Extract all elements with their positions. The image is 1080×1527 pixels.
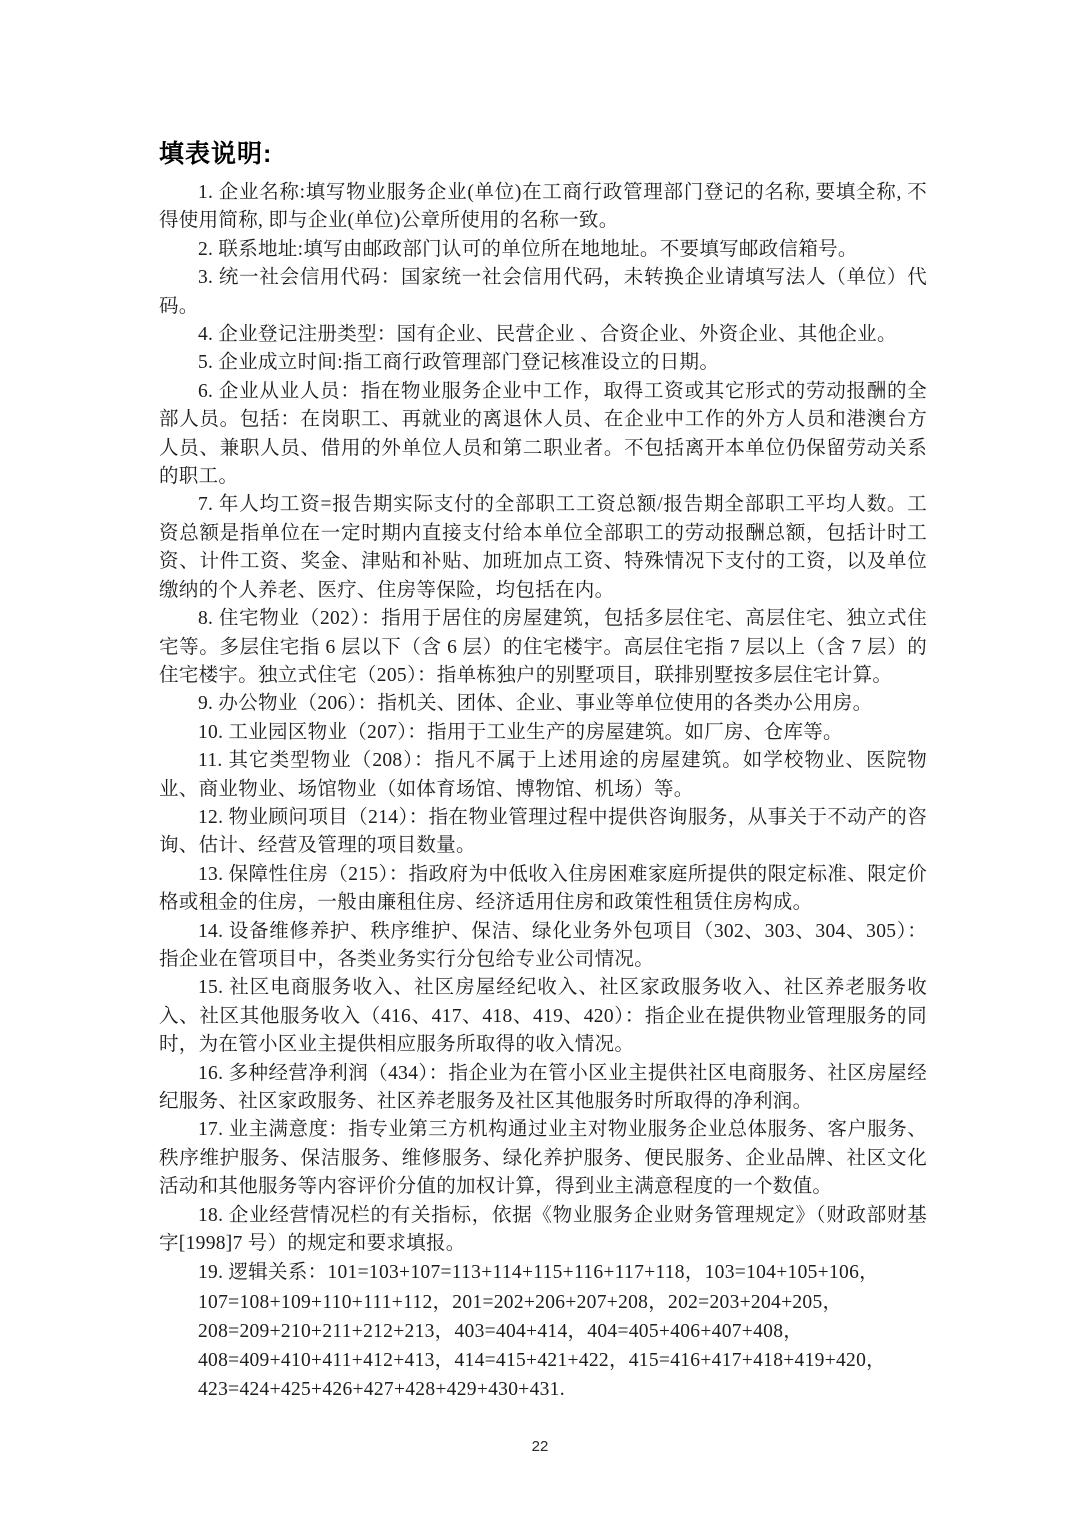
instruction-paragraph-6: 6. 企业从业人员：指在物业服务企业中工作，取得工资或其它形式的劳动报酬的全部人… xyxy=(159,378,927,492)
logic-relations-block: 19. 逻辑关系：101=103+107=113+114+115+116+117… xyxy=(159,1258,927,1404)
instruction-paragraph-17: 17. 业主满意度：指专业第三方机构通过业主对物业服务企业总体服务、客户服务、秩… xyxy=(159,1116,927,1201)
page-number: 22 xyxy=(0,1438,1080,1455)
instruction-paragraph-9: 9. 办公物业（206）：指机关、团体、企业、事业等单位使用的各类办公用房。 xyxy=(159,690,927,718)
instruction-paragraph-4: 4. 企业登记注册类型：国有企业、民营企业 、合资企业、外资企业、其他企业。 xyxy=(159,321,927,349)
document-page: 填表说明: 1. 企业名称:填写物业服务企业(单位)在工商行政管理部门登记的名称… xyxy=(0,0,1080,1527)
instruction-paragraph-11: 11. 其它类型物业（208）：指凡不属于上述用途的房屋建筑。如学校物业、医院物… xyxy=(159,747,927,804)
instruction-paragraph-16: 16. 多种经营净利润（434）：指企业为在管小区业主提供社区电商服务、社区房屋… xyxy=(159,1060,927,1117)
logic-relation-line-2: 107=108+109+110+111+112，201=202+206+207+… xyxy=(159,1288,927,1317)
instruction-paragraph-8: 8. 住宅物业（202）：指用于居住的房屋建筑，包括多层住宅、高层住宅、独立式住… xyxy=(159,605,927,690)
page-content: 填表说明: 1. 企业名称:填写物业服务企业(单位)在工商行政管理部门登记的名称… xyxy=(159,138,927,1404)
instruction-paragraph-13: 13. 保障性住房（215）：指政府为中低收入住房困难家庭所提供的限定标准、限定… xyxy=(159,861,927,918)
instruction-paragraph-7: 7. 年人均工资=报告期实际支付的全部职工工资总额/报告期全部职工平均人数。工资… xyxy=(159,491,927,605)
instruction-paragraph-14: 14. 设备维修养护、秩序维护、保洁、绿化业务外包项目（302、303、304、… xyxy=(159,918,927,975)
instruction-paragraph-1: 1. 企业名称:填写物业服务企业(单位)在工商行政管理部门登记的名称, 要填全称… xyxy=(159,179,927,236)
instruction-paragraph-2: 2. 联系地址:填写由邮政部门认可的单位所在地地址。不要填写邮政信箱号。 xyxy=(159,236,927,264)
instruction-paragraph-12: 12. 物业顾问项目（214）：指在物业管理过程中提供咨询服务，从事关于不动产的… xyxy=(159,804,927,861)
logic-relation-line-1: 19. 逻辑关系：101=103+107=113+114+115+116+117… xyxy=(159,1258,927,1287)
instruction-paragraph-5: 5. 企业成立时间:指工商行政管理部门登记核准设立的日期。 xyxy=(159,349,927,377)
logic-relation-line-3: 208=209+210+211+212+213，403=404+414，404=… xyxy=(159,1317,927,1346)
instruction-paragraph-15: 15. 社区电商服务收入、社区房屋经纪收入、社区家政服务收入、社区养老服务收入、… xyxy=(159,974,927,1059)
instruction-paragraph-18: 18. 企业经营情况栏的有关指标，依据《物业服务企业财务管理规定》（财政部财基字… xyxy=(159,1202,927,1259)
logic-relation-line-4: 408=409+410+411+412+413，414=415+421+422，… xyxy=(159,1346,927,1375)
instruction-paragraph-10: 10. 工业园区物业（207）：指用于工业生产的房屋建筑。如厂房、仓库等。 xyxy=(159,719,927,747)
instruction-paragraph-3: 3. 统一社会信用代码：国家统一社会信用代码，未转换企业请填写法人（单位）代码。 xyxy=(159,264,927,321)
page-title: 填表说明: xyxy=(159,138,927,171)
logic-relation-line-5: 423=424+425+426+427+428+429+430+431. xyxy=(159,1375,927,1404)
